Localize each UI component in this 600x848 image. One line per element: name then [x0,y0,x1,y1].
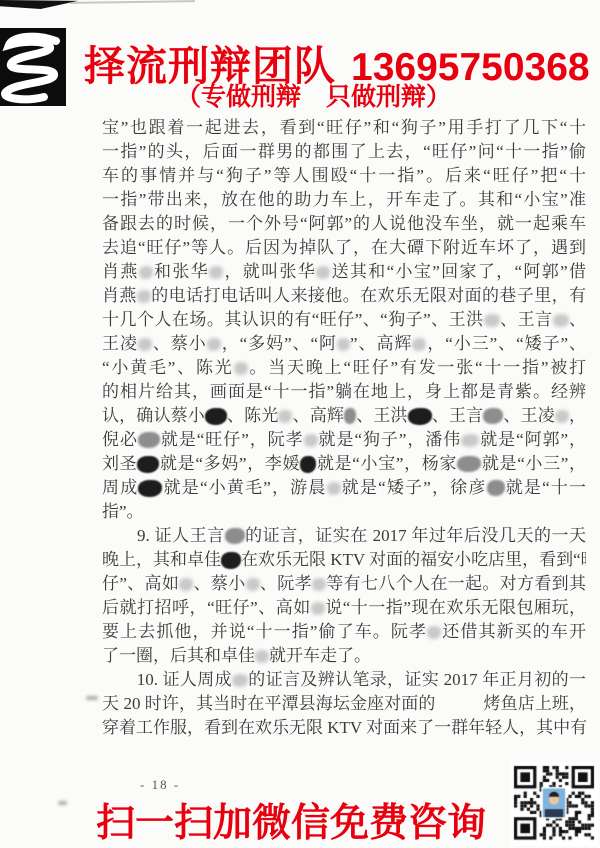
redaction-mark [483,408,503,424]
redaction-mark [311,602,325,615]
body-text-run: 就开车走了。 [269,646,371,665]
redaction-mark [337,338,350,351]
body-line: 后就打招呼，“旺仔”、高如说“十一指”现在欢乐无限包厢玩， [102,596,586,620]
body-text-run: 就是“十一 [505,478,586,497]
body-text-run: 认，确认蔡小 [102,406,205,425]
page-number: - 18 - [140,777,180,793]
redaction-mark [137,290,151,303]
redaction-mark [484,314,500,327]
body-text-run: 指”。 [102,502,144,521]
redaction-mark [278,410,292,423]
body-line: 穿着工作服，看到在欢乐无限 KTV 对面来了一群年轻人，其中有 [102,716,586,740]
body-line: 仔”、高如、蔡小、阮孝等有七八个人在一起。对方看到其 [102,572,586,596]
body-text-run: 、阮孝 [260,574,312,593]
redaction-mark [553,314,569,327]
body-text-run: 等有七八个人在一起。对方看到其 [326,574,586,593]
scan-artifact-hairline [70,0,195,4]
body-text-run: 就是“狗子”，潘伟 [318,430,462,449]
body-line: 天 20 时许，其当时在平潭县海坛金座对面的烤鱼店上班， [102,692,586,716]
body-line: 一指”的头，后面一群男的都围了上去，“旺仔”问“十一指”偷 [102,140,586,164]
footer-slogan: 扫一扫加微信免费咨询 [96,792,506,848]
body-line: 9. 证人王言的证言，证实在 2017 年过年后没几天的一天 [102,524,586,548]
body-line: 宝”也跟着一起进去，看到“旺仔”和“狗子”用手打了几下“十 [102,116,586,140]
body-text-run: ”、高辉 [350,334,412,353]
body-text-run: 送其和“小宝”回家了，“阿郭”借 [330,262,586,281]
body-line: 指”。 [102,500,586,524]
body-text-run: 的相片给其，画面是“十一指”躺在地上，身上都是青紫。经辨 [102,382,586,401]
body-text-run: 。当天晚上“旺仔”有发一张“十一指”被打 [248,358,586,377]
body-line: 要上去抓他，并说“十一指”偷了车。阮孝还借其新买的车开 [102,620,586,644]
body-line: 周成就是“小黄毛”，游晨就是“矮子”，徐彦就是“十一 [102,476,586,500]
body-text-run: 十几个人在场。其认识的有“旺仔”、“狗子”、王洪 [102,310,484,329]
redaction-mark [234,362,248,375]
body-line: “小黄毛”、陈光。当天晚上“旺仔”有发一张“十一指”被打 [102,356,586,380]
body-text-run: 穿着工作服，看到在欢乐无限 KTV 对面来了一群年轻人，其中有 [102,718,586,737]
body-line: 肖燕的电话打电话叫人来接他。在欢乐无限对面的巷子里，有 [102,284,586,308]
body-text-run: 、 [569,310,586,329]
header-subtitle: （专做刑辩 只做刑辩） [176,77,476,113]
redaction-mark [137,456,159,473]
body-text-run: 宝”也跟着一起进去，看到“旺仔”和“狗子”用手打了几下“十 [102,118,586,137]
scan-smudge [58,801,67,805]
body-text-run: 一指”带出来，放在他的助力车上，开车走了。其和“小宝”准 [102,190,586,209]
body-text-run: 去追“旺仔”等人。后因为掉队了，在大磹下附近车坏了，遇到 [102,238,586,257]
scan-smudge [86,696,98,700]
redaction-mark [138,338,152,351]
body-text-run: 了一圈，后其和卓佳 [102,646,255,665]
body-text-run: 还借其新买的车开 [441,622,586,641]
body-line: 一指”带出来，放在他的助力车上，开车走了。其和“小宝”准 [102,188,586,212]
body-text-run: 、王言 [500,310,553,329]
body-line: 王凌、蔡小，“多妈”、“阿”、高辉，“小三”、“矮子”、 [102,332,586,356]
body-text-run: 就是“矮子”，徐彦 [341,478,487,497]
redaction-mark [209,266,223,279]
body-text-run: 肖燕 [102,262,139,281]
body-text-run: 、蔡小 [152,334,207,353]
redaction-mark [207,338,221,351]
body-line: 认，确认蔡小、陈光、高辉、王洪、王言、王凌， [102,404,586,428]
body-line: 的相片给其，画面是“十一指”躺在地上，身上都是青紫。经辨 [102,380,586,404]
body-text-run: 、陈光 [227,406,279,425]
body-text-run: 、高辉 [292,406,344,425]
body-text-run: 王凌 [102,334,138,353]
redaction-mark [232,674,248,687]
body-text-run: 的证言及辨认笔录，证实 2017 年正月初的一 [248,670,586,689]
body-line: 肖燕和张华，就叫张华送其和“小宝”回家了，“阿郭”借 [102,260,586,284]
body-text-run: 倪必 [102,430,138,449]
body-text-run: “小黄毛”、陈光 [102,358,234,377]
redaction-mark [555,410,569,423]
body-text-run: 就是“阿郭”， [479,430,586,449]
body-text-run: 刘圣 [102,454,137,473]
redaction-mark [344,408,356,424]
redaction-mark [457,456,481,472]
body-text-run: 的证言，证实在 2017 年过年后没几天的一天 [245,526,586,545]
body-text-run: 10. 证人周成 [102,670,232,689]
body-text-run: 就是“旺仔”，阮孝 [160,430,304,449]
body-text-run: 一指”的头，后面一群男的都围了上去，“旺仔”问“十一指”偷 [102,142,586,161]
body-text-run: 就是“小三”， [481,454,586,473]
body-text-run: 肖燕 [102,286,137,305]
body-text-run: ，就叫张华 [223,262,316,281]
body-text-run: 在欢乐无限 KTV 对面的福安小吃店里，看到“旺 [241,550,586,569]
redaction-mark [205,408,227,425]
redaction-mark [427,626,441,639]
body-text-run: 就是“小宝”，杨家 [316,454,457,473]
redaction-mark [221,552,241,569]
redaction-mark [138,480,162,497]
body-text-run: 9. 证人王言 [102,526,225,545]
body-text-run: 要上去抓他，并说“十一指”偷了车。阮孝 [102,622,427,641]
redaction-mark [408,408,432,425]
body-text-run: 烤鱼店上班， [483,694,586,713]
brand-logo-icon [0,28,66,106]
body-text-run: 、蔡小 [193,574,245,593]
redaction-mark [179,578,193,591]
body-text-run: 、王凌 [503,406,555,425]
redaction-mark [412,338,426,351]
body-text-run: 说“十一指”现在欢乐无限包厢玩， [325,598,586,617]
body-text-run: 仔”、高如 [102,574,179,593]
redaction-mark [225,528,245,544]
body-text-run: 就是“多妈”，李媛 [159,454,300,473]
body-text-run: 、王言 [432,406,484,425]
body-line: 倪必就是“旺仔”，阮孝就是“狗子”，潘伟就是“阿郭”， [102,428,586,452]
redaction-mark [327,482,341,495]
body-line: 备跟去的时候，一个外号“阿郭”的人说他没车坐，就一起乘车 [102,212,586,236]
redaction-mark [435,696,483,713]
redaction-mark [304,434,318,447]
body-text-run: ，“小三”、“矮子”、 [426,334,586,353]
body-text-run: ， [569,406,586,425]
body-line: 刘圣就是“多妈”，李媛就是“小宝”，杨家就是“小三”， [102,452,586,476]
wechat-qr-code [510,762,598,846]
body-text-run: 就是“小黄毛”，游晨 [162,478,326,497]
page: { "colors":{"accent_red":"#e8000f","ink"… [0,0,600,848]
body-text-run: 和张华 [153,262,209,281]
document-body: 宝”也跟着一起进去，看到“旺仔”和“狗子”用手打了几下“十一指”的头，后面一群男… [102,116,586,740]
body-text-run: 的电话打电话叫人来接他。在欢乐无限对面的巷子里，有 [151,286,586,305]
body-line: 了一圈，后其和卓佳就开车走了。 [102,644,586,668]
redaction-mark [255,650,269,663]
redaction-mark [461,434,479,447]
redaction-mark [300,456,316,473]
redaction-mark [139,266,153,279]
redaction-mark [246,578,260,591]
body-text-run: 后就打招呼，“旺仔”、高如 [102,598,311,617]
redaction-mark [138,432,160,448]
body-line: 晚上，其和卓佳在欢乐无限 KTV 对面的福安小吃店里，看到“旺 [102,548,586,572]
body-text-run: 天 20 时许，其当时在平潭县海坛金座对面的 [102,694,435,713]
body-text-run: ，“多妈”、“阿 [221,334,337,353]
body-text-run: 周成 [102,478,138,497]
body-line: 去追“旺仔”等人。后因为掉队了，在大磹下附近车坏了，遇到 [102,236,586,260]
body-line: 十几个人在场。其认识的有“旺仔”、“狗子”、王洪、王言、 [102,308,586,332]
body-text-run: 、王洪 [356,406,408,425]
body-line: 10. 证人周成的证言及辨认笔录，证实 2017 年正月初的一 [102,668,586,692]
body-text-run: 备跟去的时候，一个外号“阿郭”的人说他没车坐，就一起乘车 [102,214,586,233]
body-text-run: 晚上，其和卓佳 [102,550,221,569]
scan-artifact-top-wedge [0,0,78,9]
redaction-mark [316,266,330,279]
body-text-run: 车的事情并与“狗子”等人围殴“十一指”。后来“旺仔”把“十 [102,166,586,185]
body-line: 车的事情并与“狗子”等人围殴“十一指”。后来“旺仔”把“十 [102,164,586,188]
redaction-mark [312,578,326,591]
redaction-mark [487,480,505,496]
